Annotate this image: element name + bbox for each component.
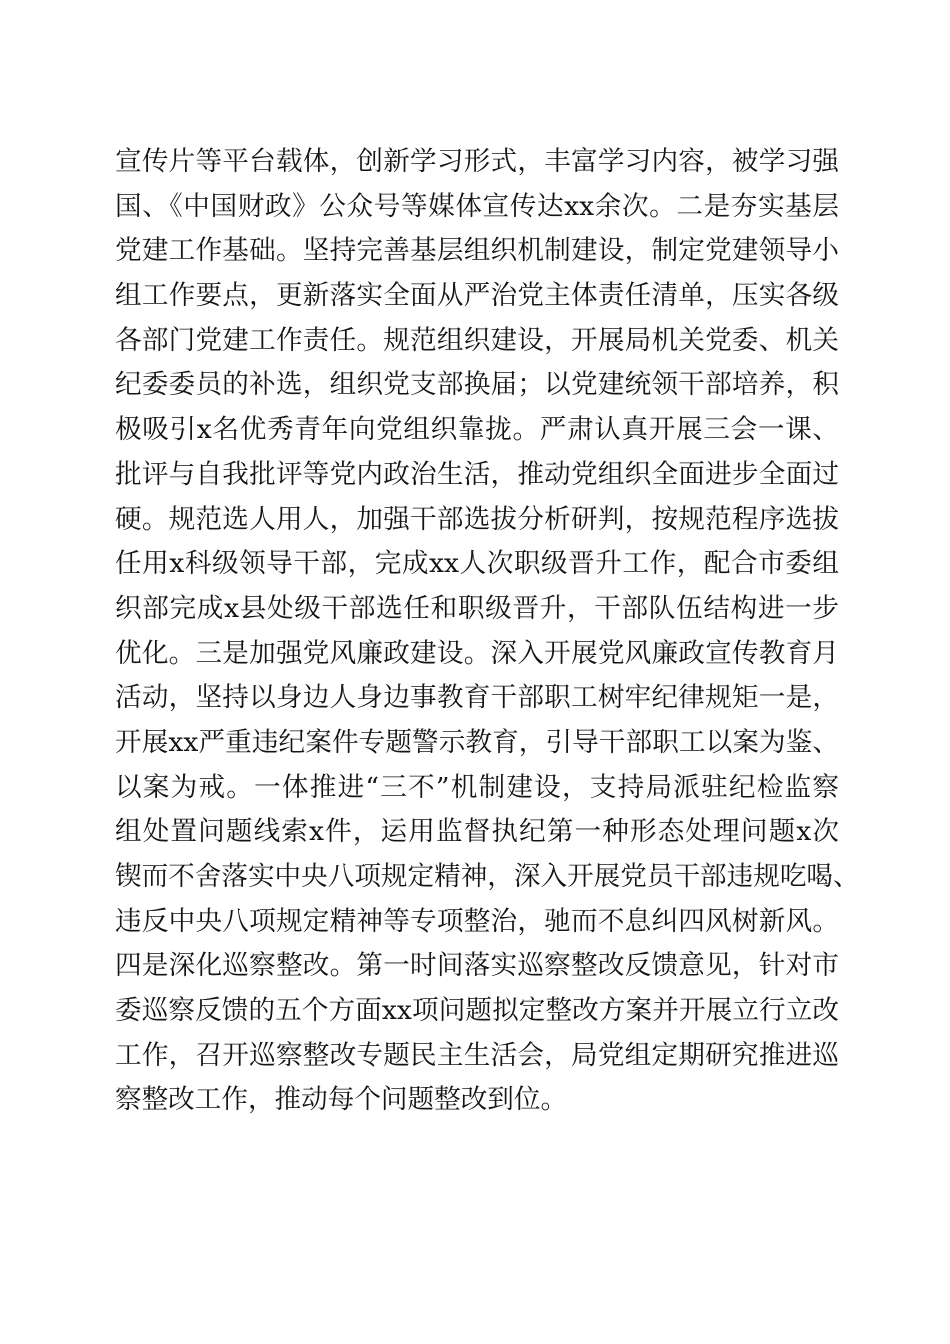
text-line: 开展xx严重违纪案件专题警示教育，引导干部职工以案为鉴、 <box>115 721 839 766</box>
text-line: 纪委委员的补选，组织党支部换届；以党建统领干部培养，积 <box>115 363 839 408</box>
text-line: 织部完成x县处级干部选任和职级晋升，干部队伍结构进一步 <box>115 587 839 632</box>
text-line: 优化。三是加强党风廉政建设。深入开展党风廉政宣传教育月 <box>115 632 839 677</box>
text-line: 硬。规范选人用人，加强干部选拔分析研判，按规范程序选拔 <box>115 498 839 543</box>
text-line: 极吸引x名优秀青年向党组织靠拢。严肃认真开展三会一课、 <box>115 408 839 453</box>
text-line: 国、《中国财政》公众号等媒体宣传达xx余次。二是夯实基层 <box>115 185 839 230</box>
text-line: 锲而不舍落实中央八项规定精神，深入开展党员干部违规吃喝、 <box>115 855 839 900</box>
paragraph-continuation: 宣传片等平台载体，创新学习形式，丰富学习内容，被学习强 国、《中国财政》公众号等… <box>115 140 839 1123</box>
text-line: 组工作要点，更新落实全面从严治党主体责任清单，压实各级 <box>115 274 839 319</box>
document-page: 宣传片等平台载体，创新学习形式，丰富学习内容，被学习强 国、《中国财政》公众号等… <box>0 0 950 1344</box>
text-line: 各部门党建工作责任。规范组织建设，开展局机关党委、机关 <box>115 319 839 364</box>
text-line: 任用x科级领导干部，完成xx人次职级晋升工作，配合市委组 <box>115 542 839 587</box>
text-line: 宣传片等平台载体，创新学习形式，丰富学习内容，被学习强 <box>115 140 839 185</box>
text-line: 四是深化巡察整改。第一时间落实巡察整改反馈意见，针对市 <box>115 944 839 989</box>
text-line: 以案为戒。一体推进“三不”机制建设，支持局派驻纪检监察 <box>115 766 839 811</box>
text-line: 工作，召开巡察整改专题民主生活会，局党组定期研究推进巡 <box>115 1034 839 1079</box>
text-line: 委巡察反馈的五个方面xx项问题拟定整改方案并开展立行立改 <box>115 989 839 1034</box>
text-line: 活动，坚持以身边人身边事教育干部职工树牢纪律规矩一是， <box>115 676 839 721</box>
text-line: 违反中央八项规定精神等专项整治，驰而不息纠四风树新风。 <box>115 900 839 945</box>
text-line: 察整改工作，推动每个问题整改到位。 <box>115 1078 839 1123</box>
text-line: 组处置问题线索x件，运用监督执纪第一种形态处理问题x次 <box>115 810 839 855</box>
text-line: 党建工作基础。坚持完善基层组织机制建设，制定党建领导小 <box>115 229 839 274</box>
text-line: 批评与自我批评等党内政治生活，推动党组织全面进步全面过 <box>115 453 839 498</box>
